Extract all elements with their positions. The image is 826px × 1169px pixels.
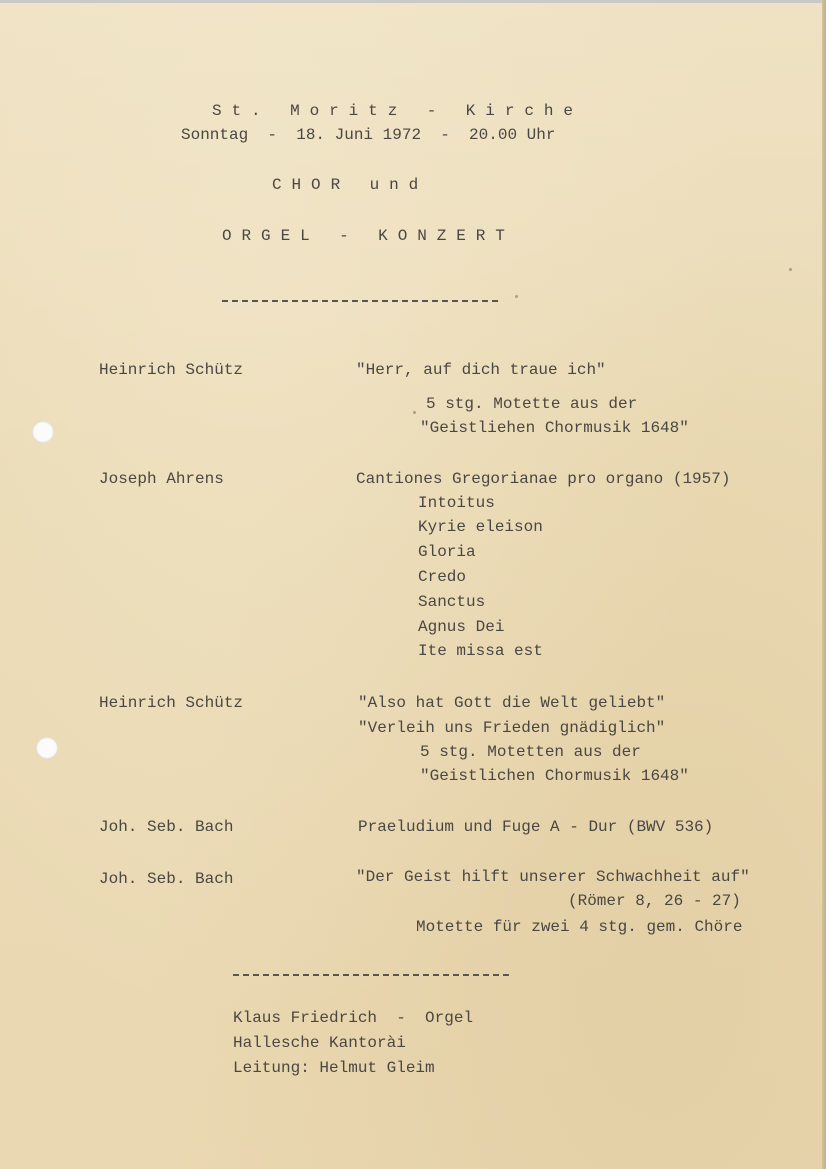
- movement: Agnus Dei: [418, 618, 504, 636]
- work-detail: 5 stg. Motette aus der: [426, 395, 637, 413]
- date-line: Sonntag - 18. Juni 1972 - 20.00 Uhr: [181, 126, 555, 144]
- ink-speck: [789, 268, 792, 271]
- work-title: "Der Geist hilft unserer Schwachheit auf…: [356, 868, 750, 886]
- concert-title-line1: CHOR und: [272, 176, 428, 194]
- divider-bottom: [233, 974, 509, 976]
- performer-line: Leitung: Helmut Gleim: [233, 1059, 435, 1077]
- work-detail: "Geistliehen Chormusik 1648": [420, 419, 689, 437]
- movement: Ite missa est: [418, 642, 543, 660]
- work-title: "Verleih uns Frieden gnädiglich": [358, 719, 665, 737]
- composer-name: Joseph Ahrens: [99, 470, 224, 488]
- scan-top-edge: [0, 0, 826, 3]
- movement: Credo: [418, 568, 466, 586]
- paper-right-edge: [822, 0, 826, 1169]
- ink-speck: [413, 411, 416, 414]
- performer-line: Hallesche Kantorài: [233, 1034, 406, 1052]
- ink-speck: [515, 295, 518, 298]
- divider-top: [222, 300, 498, 302]
- work-title: Cantiones Gregorianae pro organo (1957): [356, 470, 730, 488]
- punch-hole-upper: [32, 421, 54, 443]
- punch-hole-lower: [36, 737, 58, 759]
- work-detail: 5 stg. Motetten aus der: [420, 743, 641, 761]
- work-title: Praeludium und Fuge A - Dur (BWV 536): [358, 818, 713, 836]
- work-detail: "Geistlichen Chormusik 1648": [420, 767, 689, 785]
- movement: Gloria: [418, 543, 476, 561]
- work-detail: Motette für zwei 4 stg. gem. Chöre: [416, 918, 742, 936]
- movement: Intoitus: [418, 494, 495, 512]
- venue-title: St. Moritz - Kirche: [212, 102, 583, 120]
- work-detail: (Römer 8, 26 - 27): [568, 892, 741, 910]
- performer-line: Klaus Friedrich - Orgel: [233, 1009, 473, 1027]
- movement: Kyrie eleison: [418, 518, 543, 536]
- composer-name: Joh. Seb. Bach: [99, 870, 233, 888]
- composer-name: Heinrich Schütz: [99, 361, 243, 379]
- concert-title-line2: ORGEL - KONZERT: [222, 227, 515, 245]
- work-title: "Also hat Gott die Welt geliebt": [358, 694, 665, 712]
- composer-name: Joh. Seb. Bach: [99, 818, 233, 836]
- composer-name: Heinrich Schütz: [99, 694, 243, 712]
- work-title: "Herr, auf dich traue ich": [356, 361, 606, 379]
- movement: Sanctus: [418, 593, 485, 611]
